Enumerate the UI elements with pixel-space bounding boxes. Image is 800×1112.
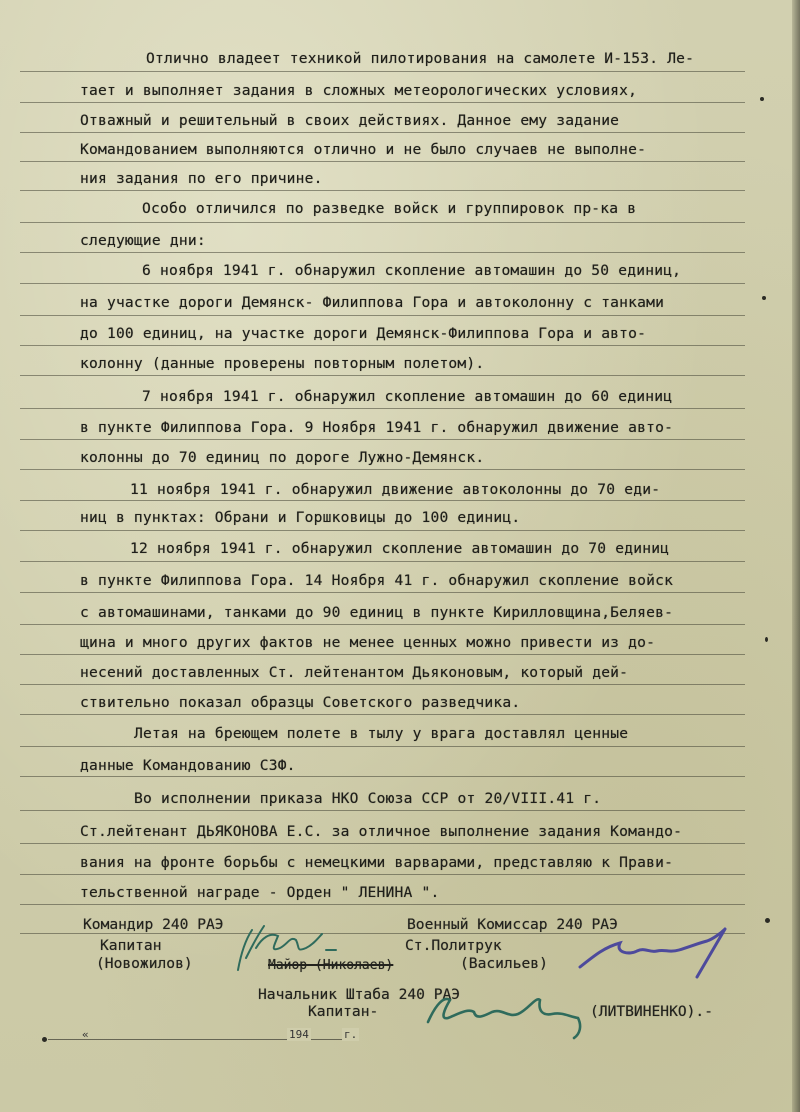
commissar-rank: Ст.Политрук: [405, 937, 502, 954]
document-page: Отлично владеет техникой пилотирования н…: [0, 0, 800, 1112]
ruled-line: [20, 714, 745, 715]
text-line: 7 ноября 1941 г. обнаружил скопление авт…: [142, 388, 672, 405]
ruled-line: [20, 624, 745, 625]
ink-dot: [760, 97, 764, 101]
chief-of-staff-name: (ЛИТВИНЕНКО).-: [590, 1003, 713, 1020]
ruled-line: [20, 904, 745, 905]
text-line: ниц в пунктах: Обрани и Горшковицы до 10…: [80, 509, 520, 526]
ruled-line: [20, 190, 745, 191]
ruled-line: [20, 654, 745, 655]
commander-rank: Капитан: [100, 937, 162, 954]
ruled-line: [20, 746, 745, 747]
text-line: на участке дороги Демянск- Филиппова Гор…: [80, 294, 664, 311]
text-line: тельственной награде - Орден " ЛЕНИНА ".: [80, 884, 439, 901]
date-year: 194: [287, 1028, 311, 1041]
text-line: ствительно показал образцы Советского ра…: [80, 694, 520, 711]
text-line: до 100 единиц, на участке дороги Демянск…: [80, 325, 646, 342]
text-line: Отважный и решительный в своих действиях…: [80, 112, 619, 129]
chief-of-staff-rank: Капитан-: [308, 1003, 378, 1020]
ruled-line: [20, 408, 745, 409]
ruled-line: [20, 469, 745, 470]
text-line: с автомашинами, танками до 90 единиц в п…: [80, 604, 673, 621]
text-line: 12 ноября 1941 г. обнаружил скопление ав…: [130, 540, 669, 557]
ruled-line: [20, 592, 745, 593]
text-line: в пункте Филиппова Гора. 14 Ноября 41 г.…: [80, 572, 673, 589]
text-line: данные Командованию СЗФ.: [80, 757, 296, 774]
ruled-line: [20, 315, 745, 316]
ruled-line: [20, 810, 745, 811]
ruled-line: [20, 252, 745, 253]
commissar-name: (Васильев): [460, 955, 548, 972]
text-line: Особо отличился по разведке войск и груп…: [142, 200, 636, 217]
ruled-line: [20, 375, 745, 376]
text-line: в пункте Филиппова Гора. 9 Ноября 1941 г…: [80, 419, 673, 436]
text-line: тает и выполняет задания в сложных метео…: [80, 82, 637, 99]
date-suffix: г.: [342, 1028, 359, 1041]
ruled-line: [20, 684, 745, 685]
commander-title: Командир 240 РАЭ: [83, 916, 224, 933]
ruled-line: [20, 222, 745, 223]
text-line: Командованием выполняются отлично и не б…: [80, 141, 646, 158]
text-line: ния задания по его причине.: [80, 170, 323, 187]
text-line: колонны до 70 единиц по дороге Лужно-Дем…: [80, 449, 484, 466]
ink-dot: [765, 637, 768, 642]
ruled-line: [20, 561, 745, 562]
ruled-line: [20, 874, 745, 875]
ruled-line: [20, 843, 745, 844]
ruled-line: [20, 71, 745, 72]
text-line: Летая на бреющем полете в тылу у врага д…: [134, 725, 628, 742]
signature-litvinenko: [418, 990, 598, 1045]
ruled-line: [20, 439, 745, 440]
ruled-line: [20, 530, 745, 531]
text-line: 6 ноября 1941 г. обнаружил скопление авт…: [142, 262, 681, 279]
text-line: щина и много других фактов не менее ценн…: [80, 634, 655, 651]
signature-novozhilov: [230, 918, 340, 978]
ruled-line: [20, 161, 745, 162]
ruled-line: [20, 500, 745, 501]
ruled-line: [20, 102, 745, 103]
ruled-line: [20, 345, 745, 346]
ink-dot: [762, 296, 766, 300]
signature-vasilyev: [575, 925, 735, 980]
ink-dot: [42, 1037, 47, 1042]
text-line: 11 ноября 1941 г. обнаружил движение авт…: [130, 481, 660, 498]
ink-dot: [765, 918, 770, 923]
ruled-line: [20, 776, 745, 777]
text-line: Ст.лейтенант ДЬЯКОНОВА Е.С. за отличное …: [80, 823, 682, 840]
commander-name: (Новожилов): [96, 955, 193, 972]
text-line: вания на фронте борьбы с немецкими варва…: [80, 854, 673, 871]
ruled-line: [20, 132, 745, 133]
text-line: колонну (данные проверены повторным поле…: [80, 355, 484, 372]
text-line: Во исполнении приказа НКО Союза ССР от 2…: [134, 790, 601, 807]
text-line: следующие дни:: [80, 232, 206, 249]
ruled-line: [20, 283, 745, 284]
text-line: Отлично владеет техникой пилотирования н…: [146, 50, 694, 67]
text-line: несений доставленных Ст. лейтенантом Дья…: [80, 664, 628, 681]
